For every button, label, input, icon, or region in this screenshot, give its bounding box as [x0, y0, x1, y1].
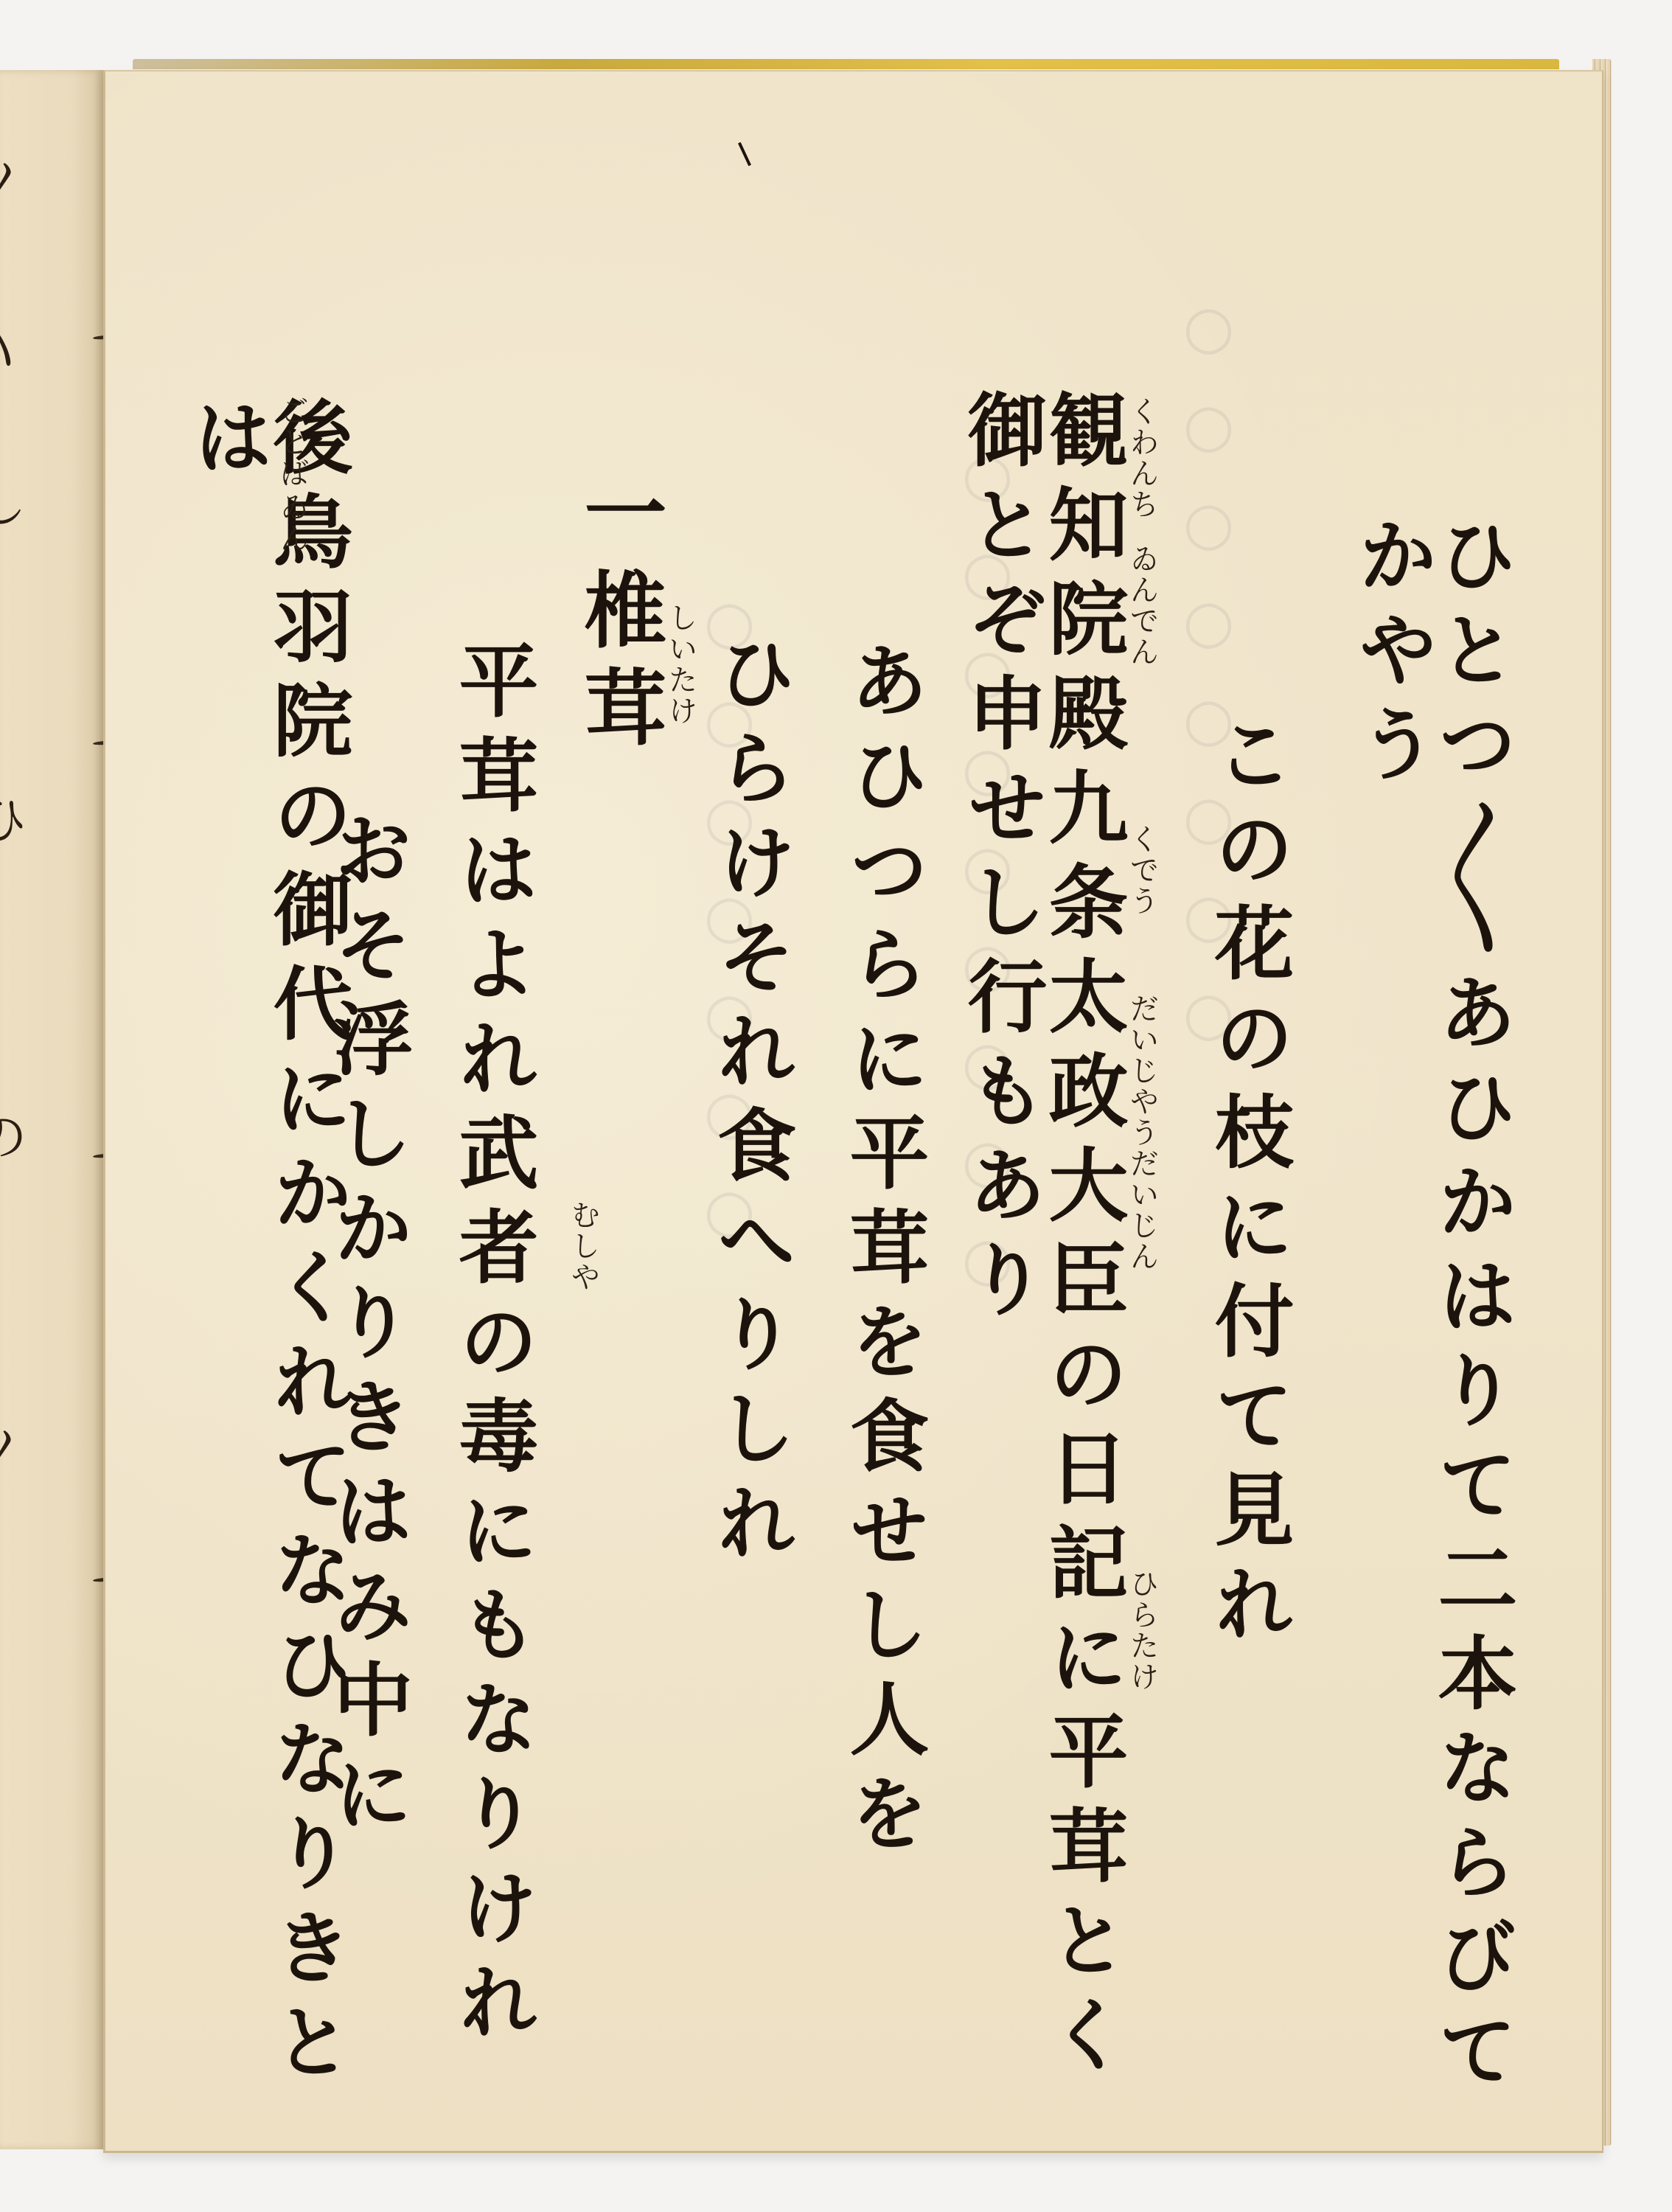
furigana: ゐん	[271, 492, 313, 554]
left-page-text-fragment: 〳 〵 し ひ の 〳	[0, 159, 24, 1523]
furigana: ひらたけ	[1121, 1568, 1163, 1692]
ink-mark	[738, 142, 751, 167]
text-column-6: ひらけそれ食へりしれ	[710, 632, 790, 1576]
furigana: だいじやうだいじん	[1121, 993, 1163, 1272]
furigana: くわんち	[1121, 396, 1163, 520]
column-text: 平茸はよれ武者の毒にもなりけれ	[445, 639, 538, 2055]
text-column-10: 後鳥羽院の御代にかくれてなひなりきとは	[187, 396, 346, 2151]
heading-text: 一椎茸	[571, 470, 667, 762]
left-facing-page: 〳 〵 し ひ の 〳	[0, 70, 103, 2149]
right-page: ○○○○○○○○ ○○○○○○○○○ ○○○○○○○ ひとつ〳〵あひかはりて二本…	[103, 70, 1603, 2153]
book-photograph: 〳 〵 し ひ の 〳 ○○○○○○○○ ○○○○○○○○○ ○○○○○○○ ひ…	[0, 0, 1672, 2212]
furigana: むしや	[562, 1200, 605, 1293]
column-text: ひらけそれ食へりしれ	[703, 632, 796, 1576]
text-column-2: この花の枝に付て見れ	[1208, 713, 1287, 1657]
text-column-1: ひとつ〳〵あひかはりて二本ならびてかやう	[1351, 514, 1511, 2151]
text-column-3: 観知院殿九条太政大臣の日記に平茸とく	[1042, 389, 1121, 2087]
furigana: くでう	[1121, 824, 1163, 917]
furigana: ごとば	[271, 396, 313, 489]
column-text: 後鳥羽院の御代にかくれてなひなりきとは	[180, 396, 352, 2095]
column-text: ひとつ〳〵あひかはりて二本ならびてかやう	[1345, 514, 1517, 2104]
column-text: この花の枝に付て見れ	[1201, 713, 1294, 1657]
text-column-4: 御とぞ申せし行もあり	[961, 389, 1040, 1332]
text-column-8: 平茸はよれ武者の毒にもなりけれ	[452, 639, 532, 2055]
text-column-5: あひつらに平茸を食せし人を	[843, 639, 922, 1866]
furigana: ゐんでん	[1121, 543, 1163, 667]
section-heading: 一椎茸	[577, 470, 660, 762]
furigana: しいたけ	[660, 602, 702, 726]
gilt-top-edge	[133, 59, 1559, 69]
column-text: 観知院殿九条太政大臣の日記に平茸とく	[1035, 389, 1128, 2087]
column-text: 御とぞ申せし行もあり	[954, 389, 1047, 1332]
column-text: あひつらに平茸を食せし人を	[836, 639, 929, 1866]
